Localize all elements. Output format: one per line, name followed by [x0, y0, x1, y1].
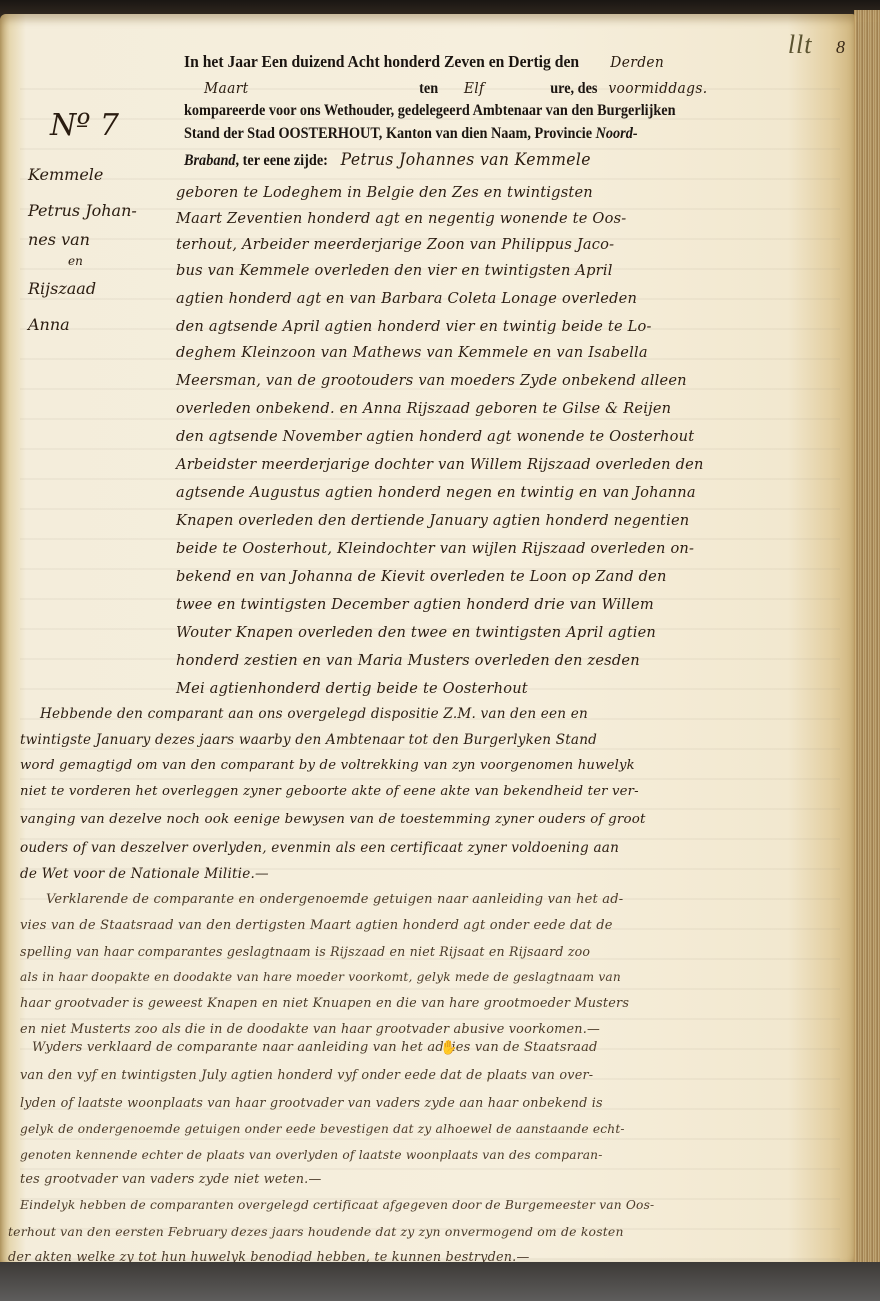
header-line-1-print: In het Jaar Een duizend Acht honderd Zev… [184, 52, 579, 71]
body-line: Maart Zeventien honderd agt en negentig … [176, 210, 626, 227]
paragraph-line: Eindelyk hebben de comparanten overgeleg… [20, 1198, 654, 1212]
body-line: bekend en van Johanna de Kievit overlede… [176, 568, 667, 585]
folio-initials: llt [788, 30, 813, 59]
header-line-1: In het Jaar Een duizend Acht honderd Zev… [184, 52, 754, 73]
margin-groom-given-2: nes van [28, 229, 178, 251]
paragraph-line: de Wet voor de Nationale Militie.— [20, 866, 269, 882]
hand-cursor-icon: ✋ [440, 1040, 457, 1057]
paragraph-line: vanging van dezelve noch ook eenige bewy… [20, 812, 646, 827]
body-line: agtien honderd agt en van Barbara Coleta… [176, 290, 637, 307]
paragraph-line: Verklarende de comparante en ondergenoem… [46, 892, 623, 907]
body-line: twee en twintigsten December agtien hond… [176, 596, 654, 613]
header-line-2: Maart ten Elf ure, des voormiddags. [204, 78, 774, 99]
margin-bride-surname: Rijszaad [28, 271, 178, 307]
body-line: honderd zestien en van Maria Musters ove… [176, 652, 640, 669]
body-line: den agtsende April agtien honderd vier e… [176, 318, 652, 335]
margin-index: Nº 7 Kemmele Petrus Johan- nes van en Ri… [28, 108, 178, 343]
paragraph-line: niet te vorderen het overleggen zyner ge… [20, 784, 639, 799]
body-line: deghem Kleinzoon van Mathews van Kemmele… [176, 344, 648, 361]
body-line: beide te Oosterhout, Kleindochter van wi… [176, 540, 694, 557]
page-edge-stack [854, 10, 880, 1300]
time-of-day-handwritten: voormiddags. [608, 79, 707, 97]
day-handwritten: Derden [610, 53, 664, 71]
braband-italic: Braband [184, 152, 236, 169]
hour-handwritten: Elf [464, 78, 547, 98]
paragraph-line: haar grootvader is geweest Knapen en nie… [20, 996, 629, 1011]
paragraph-line: word gemagtigd om van den comparant by d… [20, 758, 635, 773]
scan-bottom-background [0, 1262, 880, 1301]
record-number: Nº 7 [50, 108, 178, 143]
body-line: geboren te Lodeghem in Belgie den Zes en… [176, 184, 593, 201]
body-line: agtsende Augustus agtien honderd negen e… [176, 484, 696, 501]
folio-mark: llt 8 [788, 30, 846, 60]
paragraph-line: Wyders verklaard de comparante naar aanl… [32, 1040, 598, 1055]
paragraph-line: lyden of laatste woonplaats van haar gro… [20, 1096, 603, 1111]
ter-eene-zijde: , ter eene zijde: [236, 152, 328, 169]
paragraph-line: van den vyf en twintigsten July agtien h… [20, 1068, 593, 1083]
groom-name-handwritten: Petrus Johannes van Kemmele [341, 150, 591, 170]
header-line-3: kompareerde voor ons Wethouder, gedelege… [184, 101, 754, 121]
ten-label: ten [419, 80, 438, 97]
paragraph-line: Hebbende den comparant aan ons overgeleg… [40, 706, 588, 722]
paragraph-line: als in haar doopakte en doodakte van har… [20, 970, 621, 984]
margin-connector: en [68, 251, 178, 271]
header-line-3-text: kompareerde voor ons Wethouder, gedelege… [184, 102, 676, 119]
header-line-4-text: Stand der Stad OOSTERHOUT, Kanton van di… [184, 125, 592, 142]
body-line: Wouter Knapen overleden den twee en twin… [176, 624, 656, 641]
ure-label: ure, des [550, 80, 597, 97]
body-line: den agtsende November agtien honderd agt… [176, 428, 694, 445]
paragraph-line: tes grootvader van vaders zyde niet wete… [20, 1172, 321, 1187]
margin-bride-given: Anna [28, 307, 178, 343]
body-line: Mei agtienhonderd dertig beide te Ooster… [176, 680, 528, 697]
paragraph-line: twintigste January dezes jaars waarby de… [20, 732, 597, 748]
paragraph-line: terhout van den eersten February dezes j… [8, 1224, 624, 1239]
margin-groom-given-1: Petrus Johan- [28, 193, 178, 229]
folio-number: 8 [836, 37, 846, 57]
province-italic: Noord- [596, 125, 638, 142]
body-line: terhout, Arbeider meerderjarige Zoon van… [176, 236, 614, 253]
body-line: Arbeidster meerderjarige dochter van Wil… [176, 456, 704, 473]
paragraph-line: vies van de Staatsraad van den dertigste… [20, 918, 613, 933]
paragraph-line: en niet Musterts zoo als die in de dooda… [20, 1022, 600, 1037]
paragraph-line: gelyk de ondergenoemde getuigen onder ee… [20, 1122, 625, 1136]
header-line-4: Stand der Stad OOSTERHOUT, Kanton van di… [184, 124, 754, 144]
paragraph-line: spelling van haar comparantes geslagtnaa… [20, 944, 590, 959]
body-line: overleden onbekend. en Anna Rijszaad geb… [176, 400, 671, 417]
body-line: Knapen overleden den dertiende January a… [176, 512, 689, 529]
body-line: Meersman, van de grootouders van moeders… [176, 372, 687, 389]
paragraph-line: genoten kennende echter de plaats van ov… [20, 1148, 603, 1162]
margin-groom-surname: Kemmele [28, 157, 178, 193]
body-line: bus van Kemmele overleden den vier en tw… [176, 262, 613, 279]
header-line-5: Braband, ter eene zijde: Petrus Johannes… [184, 150, 754, 171]
month-handwritten: Maart [204, 78, 416, 98]
paragraph-line: ouders of van deszelver overlyden, evenm… [20, 840, 619, 856]
